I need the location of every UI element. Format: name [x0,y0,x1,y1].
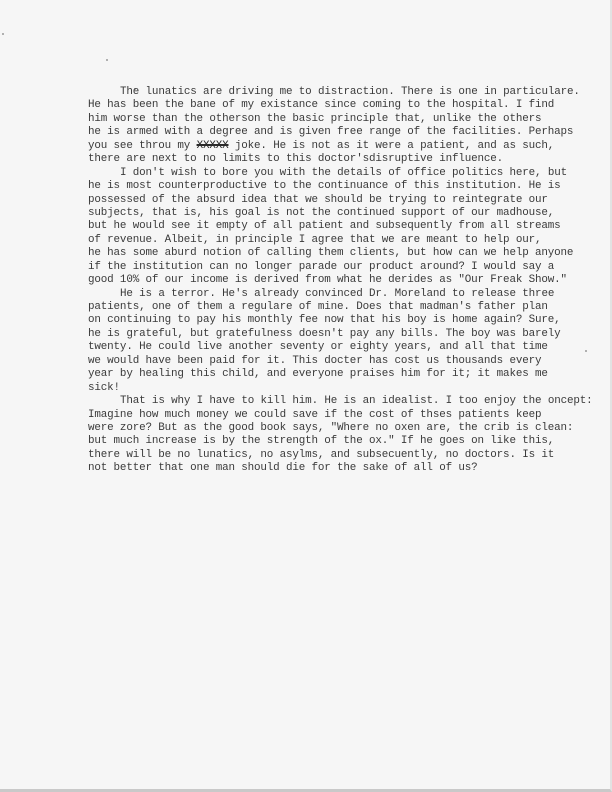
text-line: year by healing this child, and everyone… [88,368,568,381]
text-line: he has some aburd notion of calling them… [88,247,568,260]
text-line: He is a terror. He's already convinced D… [88,288,568,301]
typewritten-page: The lunatics are driving me to distracti… [0,0,612,792]
text-line: on continuing to pay his monthly fee now… [88,314,568,327]
text-line: there will be no lunatics, no asylms, an… [88,449,568,462]
text-line: possessed of the absurd idea that we sho… [88,194,568,207]
text-line: but much increase is by the strength of … [88,435,568,448]
text-line: if the institution can no longer parade … [88,261,568,274]
line-fragment: you see throu my [88,140,197,152]
text-line: I don't wish to bore you with the detail… [88,167,568,180]
paper-speck [2,33,4,35]
text-line: He has been the bane of my existance sin… [88,99,568,112]
text-line: sick! [88,382,568,395]
text-line: That is why I have to kill him. He is an… [88,395,568,408]
text-line: he is most counterproductive to the cont… [88,180,568,193]
text-line: good 10% of our income is derived from w… [88,274,568,287]
text-line: there are next to no limits to this doct… [88,153,568,166]
struck-out-word: XXXXX [197,140,229,152]
paper-speck [106,59,108,61]
text-line: were zore? But as the good book says, "W… [88,422,568,435]
text-line: subjects, that is, his goal is not the c… [88,207,568,220]
text-line: of revenue. Albeit, in principle I agree… [88,234,568,247]
text-line: he is armed with a degree and is given f… [88,126,568,139]
text-line: The lunatics are driving me to distracti… [88,86,568,99]
line-fragment: joke. He is not as it were a patient, an… [229,140,555,152]
text-line: but he would see it empty of all patient… [88,220,568,233]
text-line: he is grateful, but gratefulness doesn't… [88,328,568,341]
text-line: you see throu my XXXXX joke. He is not a… [88,140,568,153]
letter-body: The lunatics are driving me to distracti… [88,86,568,476]
text-line: Imagine how much money we could save if … [88,409,568,422]
text-line: patients, one of them a regulare of mine… [88,301,568,314]
text-line: him worse than the otherson the basic pr… [88,113,568,126]
paper-speck [585,350,587,352]
text-line: twenty. He could live another seventy or… [88,341,568,354]
text-line: not better that one man should die for t… [88,462,568,475]
text-line: we would have been paid for it. This doc… [88,355,568,368]
